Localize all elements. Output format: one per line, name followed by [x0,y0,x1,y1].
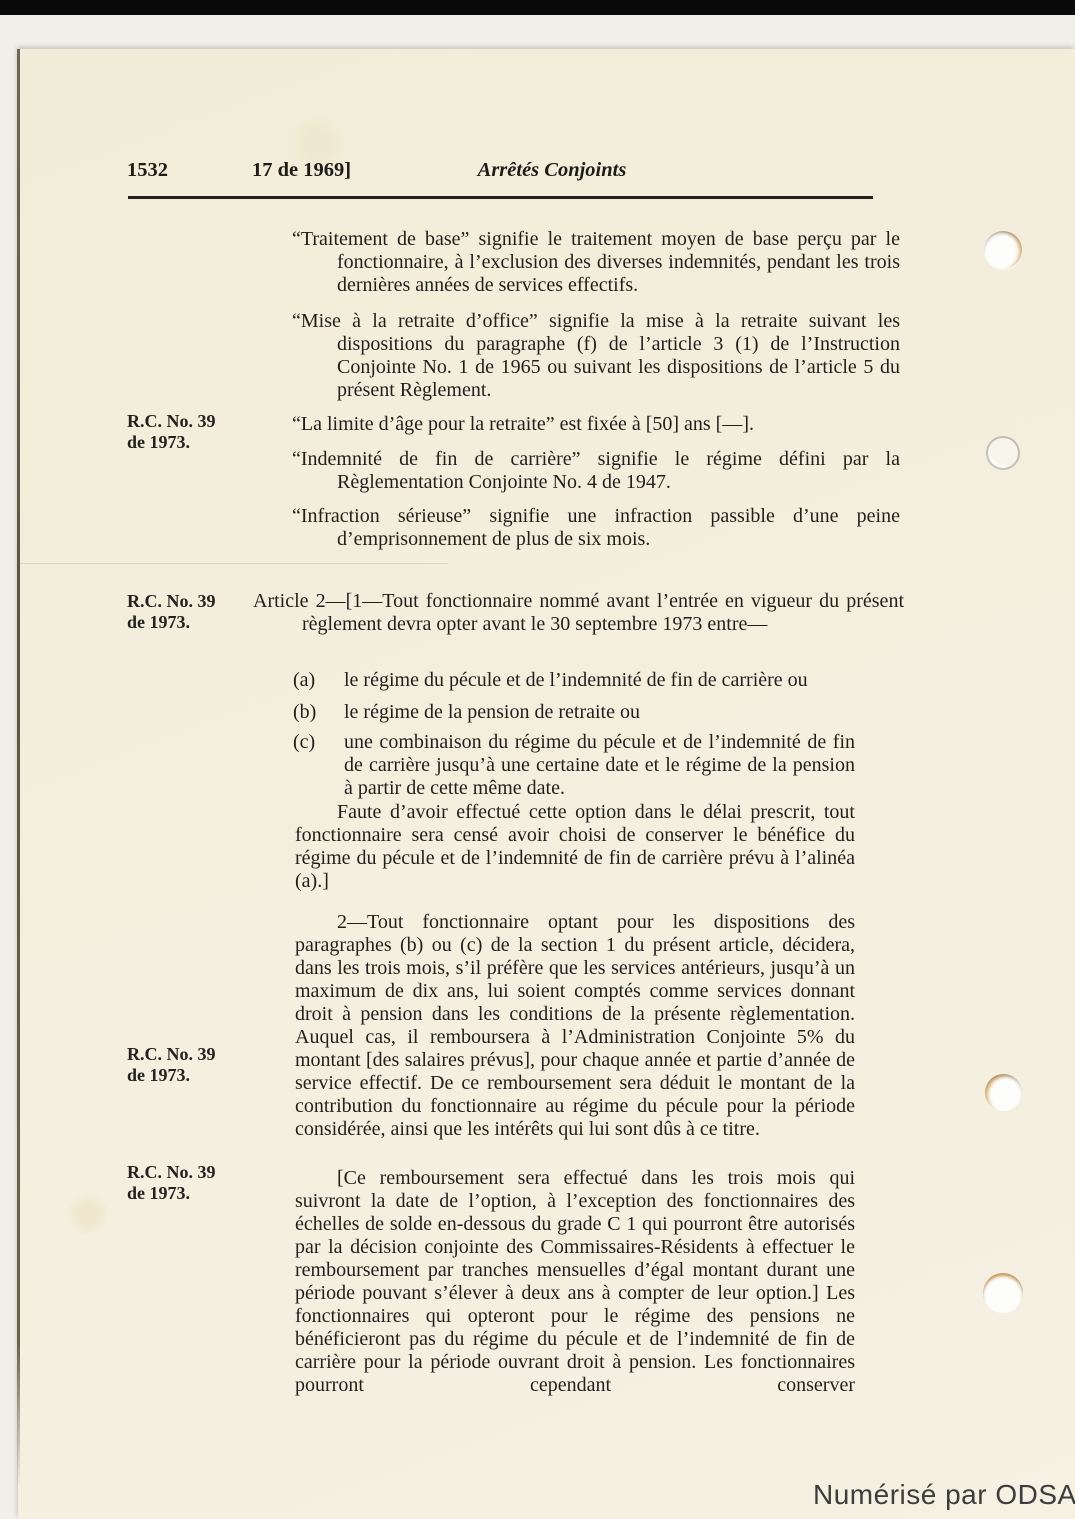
statute-reference: 17 de 1969] [252,159,351,182]
article-2-item-a: (a) le régime du pécule et de l’indemnit… [293,669,855,692]
header-rule [128,196,873,199]
article-2-intro: Article 2—[1—Tout fonctionnaire nommé av… [253,590,904,636]
article-2-item-b: (b) le régime de la pension de retraite … [293,701,855,724]
definition-limite-dage: “La limite d’âge pour la retraite” est f… [292,413,900,436]
item-text-c: une combinaison du régime du pécule et d… [344,731,855,800]
punch-hole-2 [986,436,1020,470]
punch-hole-3 [985,1074,1022,1111]
margin-note-3: R.C. No. 39 de 1973. [127,1044,262,1086]
margin-note-4: R.C. No. 39 de 1973. [127,1162,262,1204]
scan-border-top [0,0,1075,15]
margin-note-1: R.C. No. 39 de 1973. [127,411,262,453]
definition-infraction-serieuse: “Infraction sérieuse” signifie une infra… [292,505,900,551]
article-2-item-c: (c) une combinaison du régime du pécule … [293,731,855,800]
margin-note-line1: R.C. No. 39 [127,1162,262,1183]
scan-credit: Numérisé par ODSAS [813,1479,1075,1511]
margin-note-line1: R.C. No. 39 [127,1044,262,1065]
item-label-c: (c) [293,731,344,800]
margin-note-line2: de 1973. [127,612,262,633]
definition-traitement-de-base: “Traitement de base” signifie le traitem… [292,228,900,297]
page-number: 1532 [127,159,168,182]
item-label-a: (a) [293,669,344,692]
paragraph-ce-remboursement: [Ce remboursement sera effectué dans les… [295,1167,855,1397]
margin-note-line1: R.C. No. 39 [127,411,262,432]
margin-note-line1: R.C. No. 39 [127,591,262,612]
paper-crease [18,563,448,564]
item-text-b: le régime de la pension de retraite ou [344,701,855,724]
margin-note-line2: de 1973. [127,1065,262,1086]
item-label-b: (b) [293,701,344,724]
paragraph-2-tout-fonctionnaire: 2—Tout fonctionnaire optant pour les dis… [295,911,855,1141]
running-title: Arrêtés Conjoints [402,159,702,182]
punch-hole-4 [983,1273,1023,1313]
margin-note-line2: de 1973. [127,1183,262,1204]
page-left-edge-line [17,49,20,1489]
margin-note-line2: de 1973. [127,432,262,453]
margin-note-2: R.C. No. 39 de 1973. [127,591,262,633]
item-text-a: le régime du pécule et de l’indemnité de… [344,669,855,692]
scanned-document-viewport: { "document": { "header": { "page_number… [0,0,1075,1519]
punch-hole-1 [984,231,1022,269]
paragraph-faute-option: Faute d’avoir effectué cette option dans… [295,801,855,893]
definition-indemnite-fin-carriere: “Indemnité de fin de carrière” signifie … [292,448,900,494]
definition-mise-a-la-retraite: “Mise à la retraite d’office” signifie l… [292,310,900,402]
